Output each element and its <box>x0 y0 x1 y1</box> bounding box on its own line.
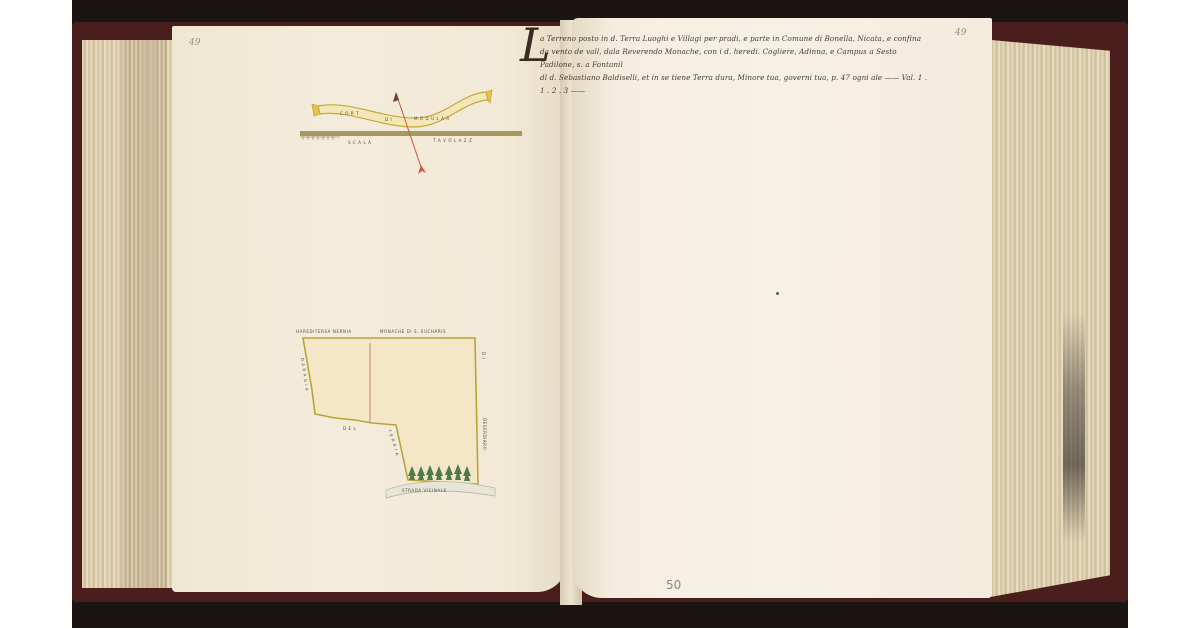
pencil-page-number: 50 <box>666 578 681 592</box>
svg-text:DESERDIARO: DESERDIARO <box>482 418 487 450</box>
ink-speck <box>776 292 779 295</box>
svg-text:D I: D I <box>481 352 486 359</box>
land-plot-map: HAREDITERSA NERNIA MONACHE DI S. EUCHARI… <box>296 329 495 498</box>
svg-text:T A V O L A Z Z: T A V O L A Z Z <box>432 138 472 143</box>
svg-text:S C A L A: S C A L A <box>348 140 372 145</box>
svg-text:HAREDITERSA NERNIA: HAREDITERSA NERNIA <box>296 329 352 334</box>
svg-text:D E L: D E L <box>343 426 357 431</box>
handwritten-entry: a Terreno posto in d. Terra Luoghi e Vil… <box>540 32 930 97</box>
banner-text: C O R T <box>340 111 359 116</box>
svg-text:M O D U L A R: M O D U L A R <box>414 116 450 121</box>
svg-text:D I: D I <box>385 117 392 122</box>
handwriting-line: a Terreno posto in d. Terra Luoghi e Vil… <box>540 32 930 45</box>
handwriting-line: da vento de vall, dala Reverendo Monache… <box>540 45 930 71</box>
svg-text:STRADA VICINALE: STRADA VICINALE <box>402 488 447 493</box>
svg-text:MONACHE DI S. EUCHARIS: MONACHE DI S. EUCHARIS <box>380 329 446 334</box>
handwriting-line: dl d. Sebastiano Baldiselli, et in se ti… <box>540 71 930 97</box>
compass-banner: C O R T D I M O D U L A R <box>312 90 492 127</box>
